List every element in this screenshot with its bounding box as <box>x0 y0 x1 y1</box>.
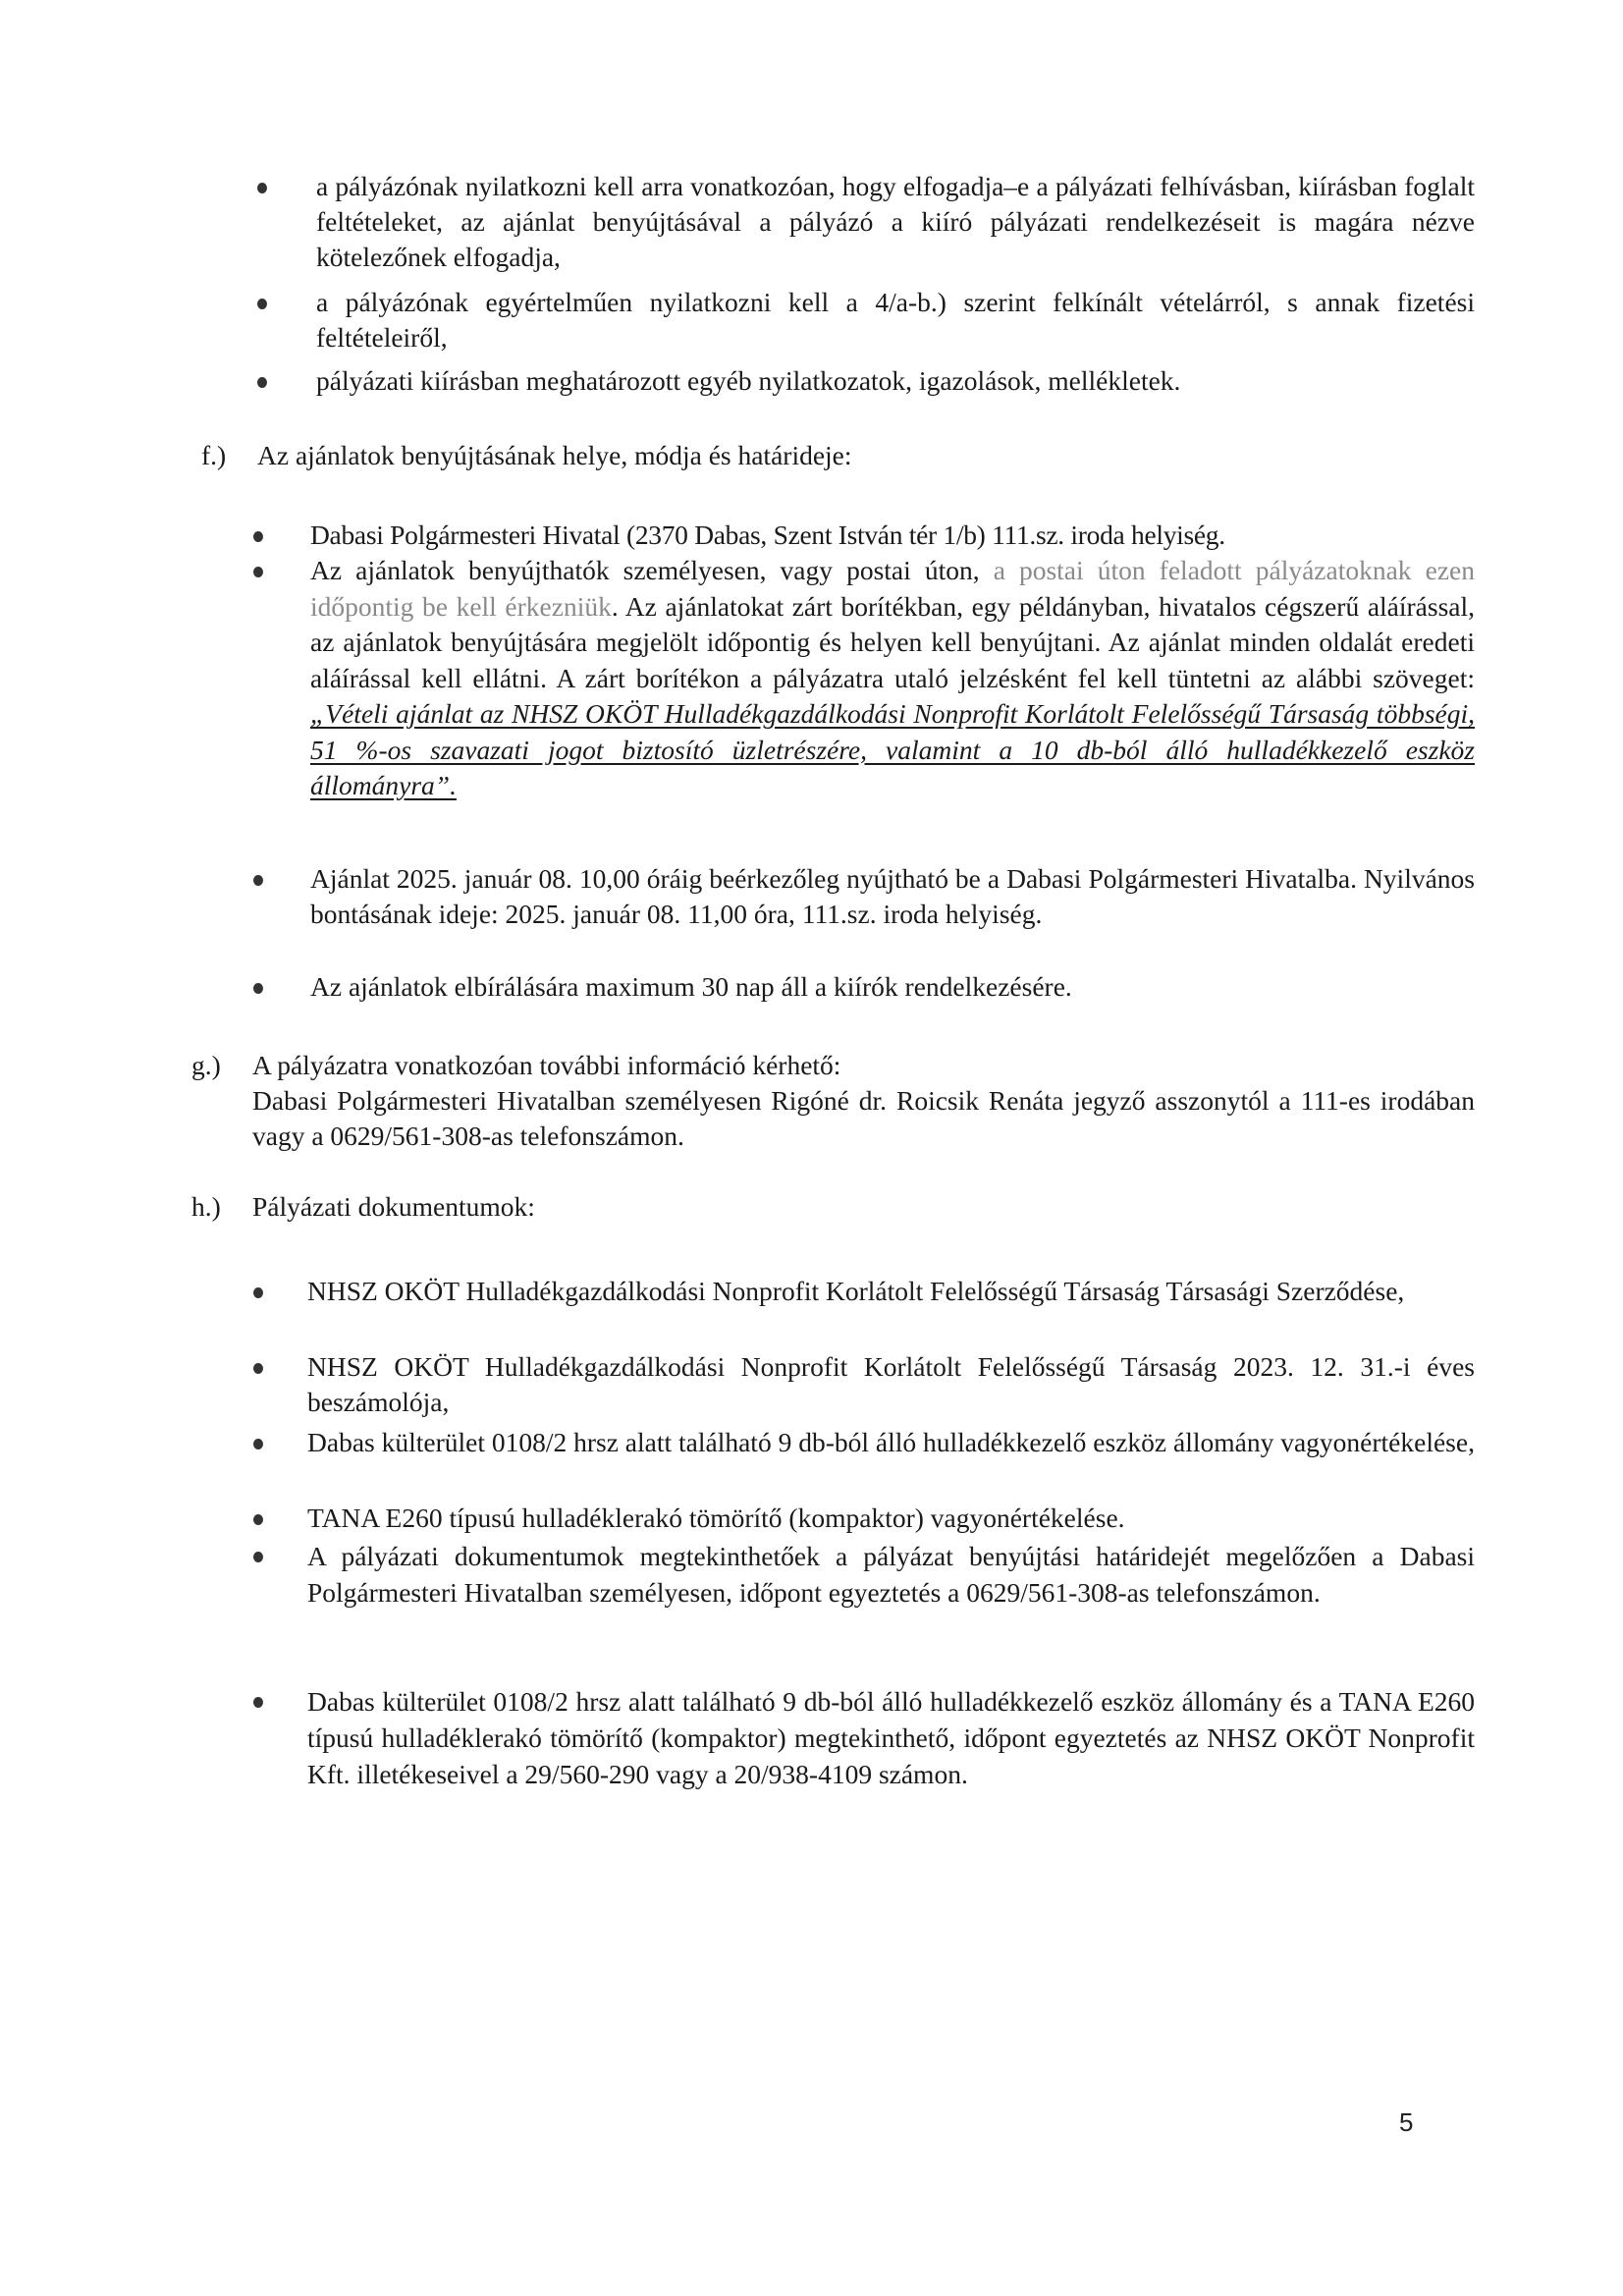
bullet-icon <box>253 531 263 542</box>
list-item: Az ajánlatok benyújthatók személyesen, v… <box>253 553 1475 804</box>
page-number: 5 <box>1399 2105 1413 2141</box>
section-label: f.) <box>201 437 226 473</box>
bullet-text: NHSZ OKÖT Hulladékgazdálkodási Nonprofit… <box>307 1349 1475 1420</box>
bullet-text: pályázati kiírásban meghatározott egyéb … <box>316 363 1475 399</box>
section-label: g.) <box>191 1047 221 1083</box>
list-item: a pályázónak egyértelműen nyilatkozni ke… <box>257 285 1475 355</box>
list-item: TANA E260 típusú hulladéklerakó tömörítő… <box>253 1501 1475 1536</box>
bullet-text: TANA E260 típusú hulladéklerakó tömörítő… <box>307 1501 1475 1536</box>
bullet-text-part: Az ajánlatok benyújthatók személyesen, v… <box>310 555 994 585</box>
bullet-icon <box>257 299 267 309</box>
bullet-icon <box>253 875 263 886</box>
bullet-icon <box>253 567 263 577</box>
section-g-body: Dabasi Polgármesteri Hivatalban személye… <box>252 1083 1475 1154</box>
bullet-icon <box>253 1514 263 1525</box>
section-title: A pályázatra vonatkozóan további informá… <box>252 1047 840 1083</box>
bullet-icon <box>257 183 267 193</box>
list-item: Dabas külterület 0108/2 hrsz alatt talál… <box>253 1425 1475 1460</box>
list-item: Az ajánlatok elbírálására maximum 30 nap… <box>253 969 1475 1005</box>
bullet-text: Az ajánlatok benyújthatók személyesen, v… <box>310 553 1475 804</box>
bullet-text: Dabasi Polgármesteri Hivatal (2370 Dabas… <box>310 518 1475 553</box>
bullet-icon <box>253 983 263 994</box>
section-label: h.) <box>191 1188 221 1225</box>
bullet-text: Az ajánlatok elbírálására maximum 30 nap… <box>310 969 1475 1005</box>
bullet-text: Dabas külterület 0108/2 hrsz alatt talál… <box>307 1425 1475 1460</box>
bullet-text: a pályázónak egyértelműen nyilatkozni ke… <box>316 285 1475 355</box>
list-item: Dabas külterület 0108/2 hrsz alatt talál… <box>253 1683 1475 1792</box>
list-item: NHSZ OKÖT Hulladékgazdálkodási Nonprofit… <box>253 1349 1475 1420</box>
bullet-text: NHSZ OKÖT Hulladékgazdálkodási Nonprofit… <box>307 1274 1475 1309</box>
section-title: Az ajánlatok benyújtásának helye, módja … <box>257 437 852 473</box>
list-item: Ajánlat 2025. január 08. 10,00 óráig beé… <box>253 861 1475 932</box>
bullet-icon <box>253 1552 263 1562</box>
list-item: Dabasi Polgármesteri Hivatal (2370 Dabas… <box>253 518 1475 553</box>
bullet-icon <box>253 1439 263 1449</box>
list-item: pályázati kiírásban meghatározott egyéb … <box>257 363 1475 399</box>
bullet-text: A pályázati dokumentumok megtekinthetőek… <box>307 1538 1475 1611</box>
bullet-text: Ajánlat 2025. január 08. 10,00 óráig beé… <box>310 861 1475 932</box>
bullet-text: Dabas külterület 0108/2 hrsz alatt talál… <box>307 1683 1475 1792</box>
document-page: a pályázónak nyilatkozni kell arra vonat… <box>0 0 1623 2296</box>
section-title: Pályázati dokumentumok: <box>252 1188 535 1225</box>
bullet-icon <box>253 1287 263 1298</box>
bullet-icon <box>253 1697 263 1708</box>
list-item: NHSZ OKÖT Hulladékgazdálkodási Nonprofit… <box>253 1274 1475 1309</box>
bullet-text: a pályázónak nyilatkozni kell arra vonat… <box>316 169 1475 275</box>
list-item: a pályázónak nyilatkozni kell arra vonat… <box>257 169 1475 275</box>
bullet-icon <box>257 377 267 388</box>
envelope-label-text: „Vételi ajánlat az NHSZ OKÖT Hulladékgaz… <box>310 698 1475 800</box>
list-item: A pályázati dokumentumok megtekinthetőek… <box>253 1538 1475 1611</box>
bullet-icon <box>253 1363 263 1374</box>
